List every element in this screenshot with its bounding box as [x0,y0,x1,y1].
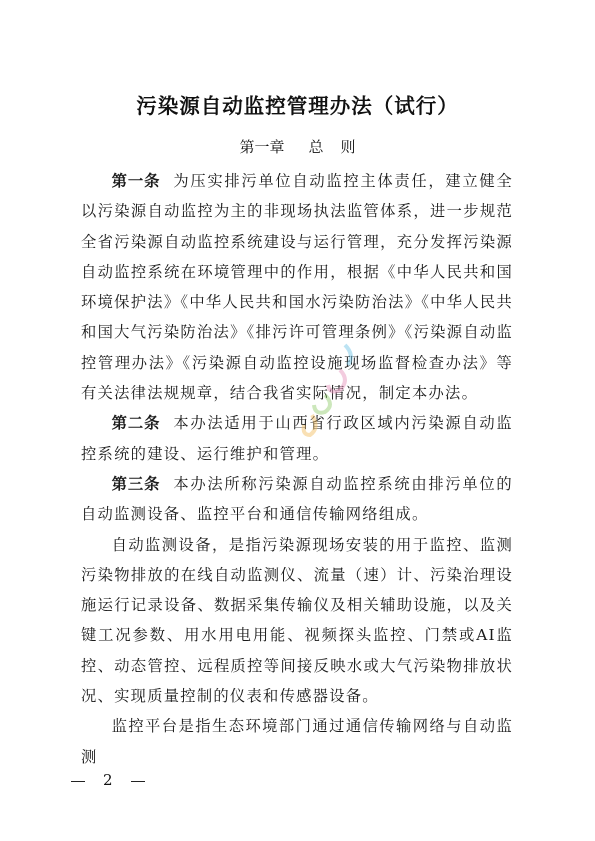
footer-dash-left [71,781,85,782]
article-label: 第一条 [112,172,161,190]
paragraph-text: 自动监测设备，是指污染源现场安装的用于监控、监测污染物排放的在线自动监测仪、流量… [81,536,513,705]
article-2: 第二条本办法适用于山西省行政区域内污染源自动监控系统的建设、运行维护和管理。 [81,408,513,469]
paragraph-text: 监控平台是指生态环境部门通过通信传输网络与自动监测 [81,717,513,765]
document-page: 污染源自动监控管理办法（试行） 第一章总则 第一条为压实排污单位自动监控主体责任… [0,0,595,841]
article-text: 为压实排污单位自动监控主体责任，建立健全以污染源自动监控为主的非现场执法监管体系… [81,172,513,402]
document-body: 第一条为压实排污单位自动监控主体责任，建立健全以污染源自动监控为主的非现场执法监… [81,166,513,772]
chapter-heading: 第一章总则 [0,136,595,157]
page-footer: 2 [67,771,149,789]
paragraph-monitoring-equipment: 自动监测设备，是指污染源现场安装的用于监控、监测污染物排放的在线自动监测仪、流量… [81,530,513,712]
article-label: 第二条 [112,414,161,432]
article-1: 第一条为压实排污单位自动监控主体责任，建立健全以污染源自动监控为主的非现场执法监… [81,166,513,408]
chapter-number: 第一章 [239,136,284,157]
watermark-logo [300,340,360,440]
article-label: 第三条 [112,475,161,493]
chapter-name-part1: 总 [308,136,323,157]
chapter-name-part2: 则 [341,136,356,157]
article-3: 第三条本办法所称污染源自动监控系统由排污单位的自动监测设备、监控平台和通信传输网… [81,469,513,530]
footer-dash-right [131,781,145,782]
document-title: 污染源自动监控管理办法（试行） [0,89,595,119]
page-number: 2 [103,771,113,789]
paragraph-monitoring-platform: 监控平台是指生态环境部门通过通信传输网络与自动监测 [81,711,513,772]
